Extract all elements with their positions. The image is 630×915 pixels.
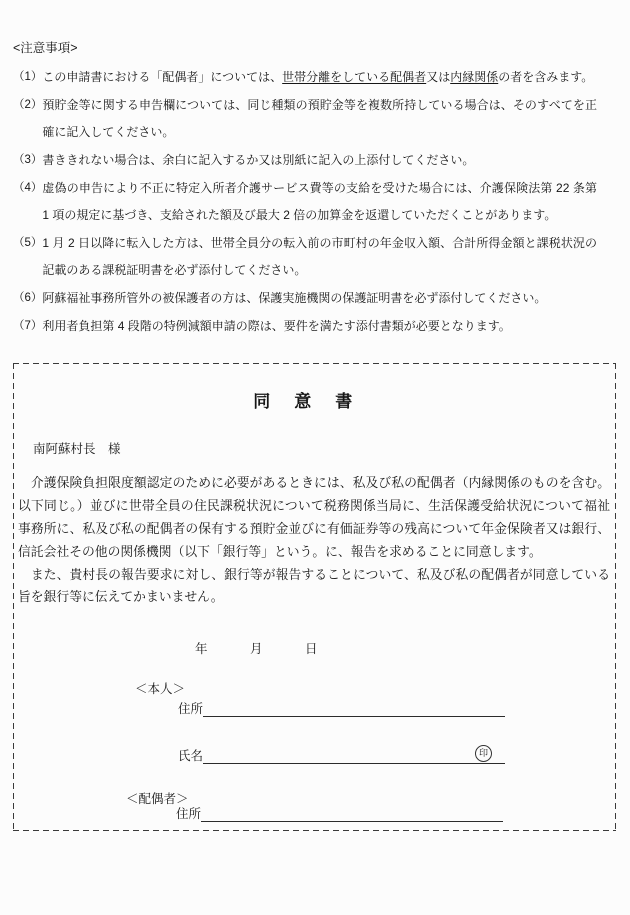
note-text: この申請書における「配偶者」については、世帯分離をしている配偶者又は内縁関係の者… (42, 64, 597, 91)
note-text: 預貯金等に関する申告欄については、同じ種類の預貯金等を複数所持している場合は、そ… (42, 92, 597, 146)
consent-paragraph-2: また、貴村長の報告要求に対し、銀行等が報告することについて、私及び私の配偶者が同… (18, 564, 610, 608)
principal-address-input-line[interactable] (203, 701, 505, 717)
date-month-label: 月 (250, 639, 263, 657)
note-number: （2） (13, 92, 42, 119)
spouse-address-field: 住所 (176, 804, 503, 822)
addressee-line: 南阿蘇村長 様 (33, 439, 121, 457)
date-year-label: 年 (195, 639, 208, 657)
dashed-border-left (13, 363, 14, 831)
principal-address-field: 住所 (178, 699, 505, 717)
note-text: 虚偽の申告により不正に特定入所者介護サービス費等の支給を受けた場合には、介護保険… (42, 175, 597, 229)
date-day-label: 日 (305, 639, 318, 657)
note-number: （1） (13, 64, 42, 91)
note-number: （7） (13, 313, 42, 340)
consent-form-box: 同 意 書 南阿蘇村長 様 介護保険負担限度額認定のために必要があるときには、私… (13, 363, 616, 831)
note-text: 利用者負担第 4 段階の特例減額申請の際は、要件を満たす添付書類が必要となります… (42, 313, 597, 340)
notes-section: <注意事項> （1） この申請書における「配偶者」については、世帯分離をしている… (13, 40, 597, 341)
principal-name-field: 氏名印 (178, 746, 505, 764)
note-item-3: （3） 書ききれない場合は、余白に記入するか又は別紙に記入の上添付してください。 (13, 147, 597, 174)
name-label: 氏名 (178, 746, 203, 764)
principal-name-input-line[interactable]: 印 (203, 748, 505, 764)
seal-mark: 印 (475, 745, 492, 762)
consent-paragraph-1: 介護保険負担限度額認定のために必要があるときには、私及び私の配偶者（内縁関係のも… (18, 471, 610, 563)
dashed-border-right (615, 363, 616, 831)
note-number: （3） (13, 147, 42, 174)
address-label: 住所 (178, 699, 203, 717)
note-item-6: （6） 阿蘇福祉事務所管外の被保護者の方は、保護実施機関の保護証明書を必ず添付し… (13, 285, 597, 312)
note-text: 書ききれない場合は、余白に記入するか又は別紙に記入の上添付してください。 (42, 147, 597, 174)
note-text-segment: この申請書における「配偶者」については、 (42, 70, 282, 84)
note-text: 1 月 2 日以降に転入した方は、世帯全員分の転入前の市町村の年金収入額、合計所… (42, 230, 597, 284)
note-text-segment: 又は (426, 70, 450, 84)
consent-title: 同 意 書 (3, 387, 606, 412)
address-label: 住所 (176, 804, 201, 822)
note-number: （6） (13, 285, 42, 312)
note-text-segment-underlined: 内縁関係 (450, 70, 498, 84)
note-item-5: （5） 1 月 2 日以降に転入した方は、世帯全員分の転入前の市町村の年金収入額… (13, 230, 597, 284)
note-text: 阿蘇福祉事務所管外の被保護者の方は、保護実施機関の保護証明書を必ず添付してくださ… (42, 285, 597, 312)
notes-title: <注意事項> (13, 40, 597, 56)
note-number: （5） (13, 230, 42, 257)
note-item-4: （4） 虚偽の申告により不正に特定入所者介護サービス費等の支給を受けた場合には、… (13, 175, 597, 229)
dashed-border-bottom (13, 830, 616, 831)
note-item-2: （2） 預貯金等に関する申告欄については、同じ種類の預貯金等を複数所持している場… (13, 92, 597, 146)
principal-section-label: ＜本人＞ (135, 679, 185, 697)
dashed-border-top (13, 363, 616, 364)
note-number: （4） (13, 175, 42, 202)
note-text-segment-underlined: 世帯分離をしている配偶者 (282, 70, 426, 84)
note-text-segment: の者を含みます。 (498, 70, 593, 84)
spouse-address-input-line[interactable] (201, 806, 503, 822)
note-item-1: （1） この申請書における「配偶者」については、世帯分離をしている配偶者又は内縁… (13, 64, 597, 91)
note-item-7: （7） 利用者負担第 4 段階の特例減額申請の際は、要件を満たす添付書類が必要と… (13, 313, 597, 340)
